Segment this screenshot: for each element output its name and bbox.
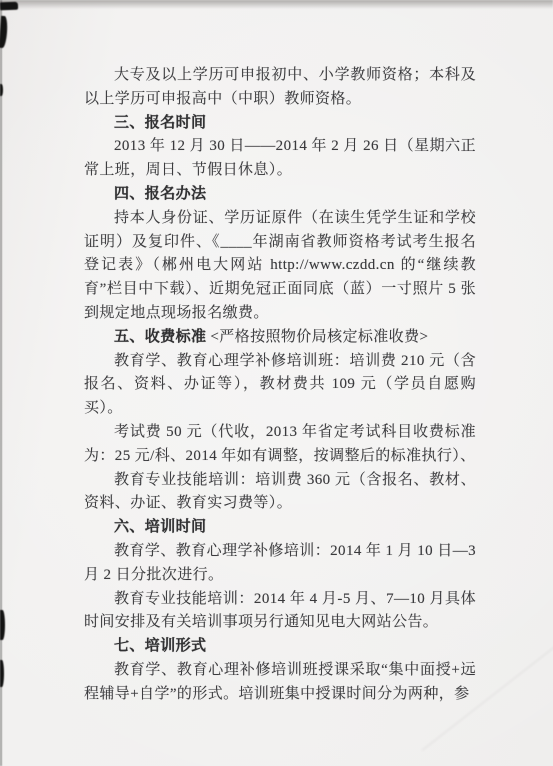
scan-edge-line-left bbox=[0, 0, 2, 766]
scan-artifact-left-mark bbox=[0, 16, 8, 48]
section-heading-6-training-time: 六、培训时间 bbox=[84, 516, 476, 540]
paragraph-training-schedule-1: 教育学、教育心理学补修培训：2014 年 1 月 10 日—3 月 2 日分批次… bbox=[84, 540, 476, 588]
scan-edge-shadow-top bbox=[0, 0, 553, 9]
heading-title: 五、收费标准 bbox=[114, 329, 206, 345]
scan-artifact-left-blob-bottom bbox=[0, 660, 4, 687]
section-heading-5-fee-standard: 五、收费标准<严格按照物价局核定标准收费> bbox=[84, 326, 476, 350]
section-heading-7-training-form: 七、培训形式 bbox=[84, 635, 476, 659]
paragraph-training-form: 教育学、教育心理补修培训班授课采取“集中面授+远程辅导+自学”的形式。培训班集中… bbox=[84, 659, 476, 707]
scanned-document-page: 大专及以上学历可申报初中、小学教师资格；本科及以上学历可申报高中（中职）教师资格… bbox=[0, 0, 553, 766]
paragraph-signup-method: 持本人身份证、学历证原件（在读生凭学生证和学校证明）及复印件、《____年湖南省… bbox=[84, 207, 476, 326]
heading-note: <严格按照物价局核定标准收费> bbox=[206, 329, 428, 345]
scan-artifact-left-blob-lower bbox=[0, 610, 5, 640]
document-body: 大专及以上学历可申报初中、小学教师资格；本科及以上学历可申报高中（中职）教师资格… bbox=[84, 64, 476, 707]
scan-artifact-left-dot bbox=[0, 84, 3, 96]
paragraph-exam-fee: 考试费 50 元（代收，2013 年省定考试科目收费标准为：25 元/科、201… bbox=[84, 421, 476, 469]
paragraph-eligibility: 大专及以上学历可申报初中、小学教师资格；本科及以上学历可申报高中（中职）教师资格… bbox=[84, 64, 476, 112]
paragraph-skill-training-fee: 教育专业技能培训：培训费 360 元（含报名、教材、资料、办证、教育实习费等）。 bbox=[84, 469, 476, 517]
scan-artifact-corner-mark bbox=[0, 2, 18, 11]
paragraph-training-schedule-2: 教育专业技能培训：2014 年 4 月-5 月、7—10 月具体时间安排及有关培… bbox=[84, 588, 476, 636]
section-heading-3-signup-time: 三、报名时间 bbox=[84, 112, 476, 136]
paragraph-training-fee: 教育学、教育心理学补修培训班：培训费 210 元（含报名、资料、办证等），教材费… bbox=[84, 350, 476, 421]
section-heading-4-signup-method: 四、报名办法 bbox=[84, 183, 476, 207]
paragraph-signup-dates: 2013 年 12 月 30 日——2014 年 2 月 26 日（星期六正常上… bbox=[84, 135, 476, 183]
